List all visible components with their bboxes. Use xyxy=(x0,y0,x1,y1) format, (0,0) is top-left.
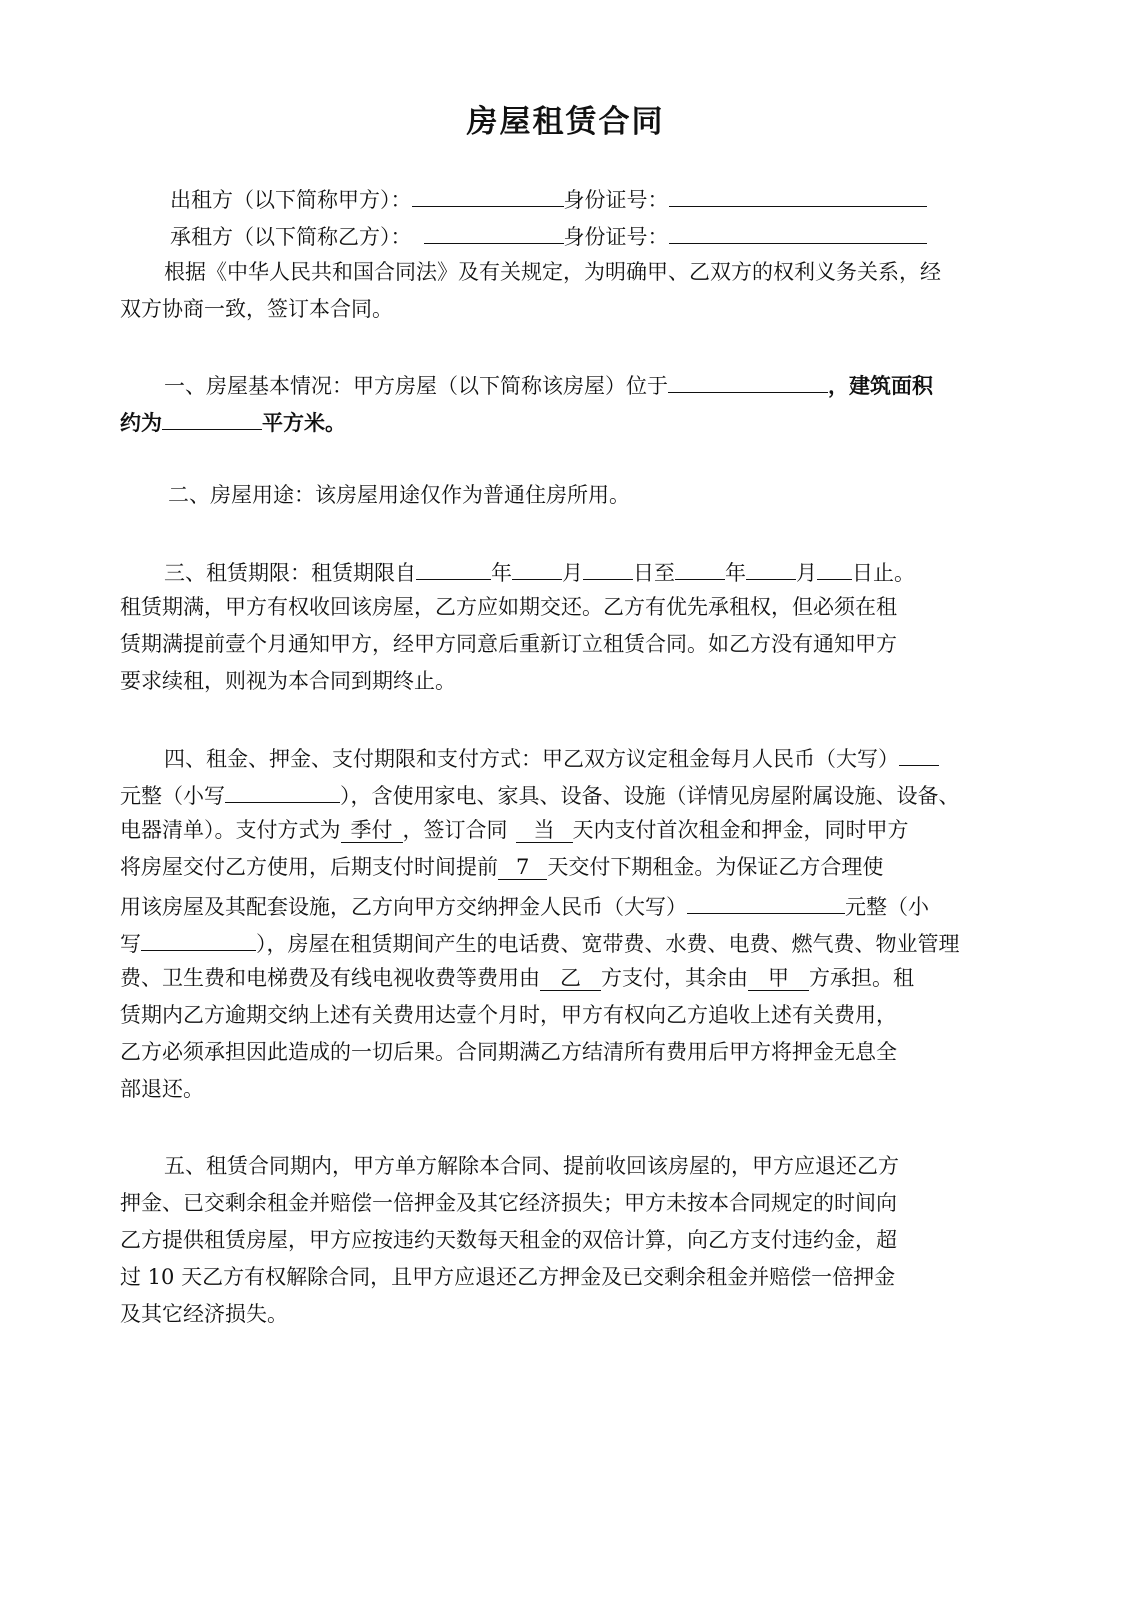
end-year-field[interactable] xyxy=(675,555,725,580)
other-payer-text: 方承担。租 xyxy=(809,966,914,990)
end-month-field[interactable] xyxy=(746,555,796,580)
deposit-numeric-label: 写 xyxy=(120,932,141,956)
first-payment-days-field[interactable]: 当 xyxy=(516,818,573,843)
lessee-id-field[interactable] xyxy=(669,219,927,244)
floor-area-label: ，建筑面积 xyxy=(828,373,933,398)
advance-days-field[interactable]: 7 xyxy=(498,855,547,880)
clause-5-line-2: 押金、已交剩余租金并赔偿一倍押金及其它经济损失；甲方未按本合同规定的时间向 xyxy=(120,1188,897,1218)
deposit-numeric-field[interactable] xyxy=(141,926,256,951)
about-label: 约为 xyxy=(120,410,162,435)
clause-3-line-2: 租赁期满，甲方有权收回该房屋，乙方应如期交还。乙方有优先承租权，但必须在租 xyxy=(120,592,897,622)
clause-1-line-2: 约为平方米。 xyxy=(120,405,346,435)
first-payment-text: 天内支付首次租金和押金，同时甲方 xyxy=(573,818,909,842)
clause-4-line-1: 四、租金、押金、支付期限和支付方式：甲乙双方议定租金每月人民币（大写） xyxy=(164,741,939,771)
clause-3-line-3: 赁期满提前壹个月通知甲方，经甲方同意后重新订立租赁合同。如乙方没有通知甲方 xyxy=(120,629,897,659)
day-to-label: 日至 xyxy=(633,561,675,585)
advance-label: 将房屋交付乙方使用，后期支付时间提前 xyxy=(120,855,498,879)
fees-text: ），房屋在租赁期间产生的电话费、宽带费、水费、电费、燃气费、物业管理 xyxy=(256,932,960,956)
other-payer-label: 方支付，其余由 xyxy=(601,966,748,990)
clause-4-line-7: 费、卫生费和电梯费及有线电视收费等费用由乙方支付，其余由甲方承担。租 xyxy=(120,963,914,993)
lessor-id-field[interactable] xyxy=(669,182,927,207)
floor-area-field[interactable] xyxy=(162,405,262,430)
end-day-field[interactable] xyxy=(817,555,852,580)
clause-4-line-9: 乙方必须承担因此造成的一切后果。合同期满乙方结清所有费用后甲方将押金无息全 xyxy=(120,1037,897,1067)
clause-5-line-4: 过 10 天乙方有权解除合同，且甲方应退还乙方押金及已交剩余租金并赔偿一倍押金 xyxy=(120,1262,895,1292)
square-meters-label: 平方米。 xyxy=(262,410,346,435)
rent-label: 四、租金、押金、支付期限和支付方式：甲乙双方议定租金每月人民币（大写） xyxy=(164,747,899,771)
clause-5-line-5: 及其它经济损失。 xyxy=(120,1299,288,1329)
rent-numeric-label: 元整（小写 xyxy=(120,784,225,808)
clause-4-line-4: 将房屋交付乙方使用，后期支付时间提前7天交付下期租金。为保证乙方合理使 xyxy=(120,852,883,882)
clause-5-line-1: 五、租赁合同期内，甲方单方解除本合同、提前收回该房屋的，甲方应退还乙方 xyxy=(164,1151,899,1181)
year-label: 年 xyxy=(725,561,746,585)
day-end-label: 日止。 xyxy=(852,561,915,585)
start-year-field[interactable] xyxy=(416,555,491,580)
property-address-field[interactable] xyxy=(668,368,828,393)
clause-4-line-5: 用该房屋及其配套设施，乙方向甲方交纳押金人民币（大写）元整（小 xyxy=(120,889,929,919)
payment-method-label: 电器清单）。支付方式为 xyxy=(120,818,341,842)
deposit-words-field[interactable] xyxy=(687,889,845,914)
clause-4-line-3: 电器清单）。支付方式为季付，签订合同当天内支付首次租金和押金，同时甲方 xyxy=(120,815,909,845)
start-day-field[interactable] xyxy=(583,555,633,580)
clause-3-line-1: 三、租赁期限：租赁期限自年月日至年月日止。 xyxy=(164,555,915,585)
clause-3-line-4: 要求续租，则视为本合同到期终止。 xyxy=(120,666,456,696)
monthly-rent-numeric-field[interactable] xyxy=(225,778,340,803)
lessee-row: 承租方（以下简称乙方）：身份证号： xyxy=(170,219,927,249)
clause-2: 二、房屋用途：该房屋用途仅作为普通住房所用。 xyxy=(168,480,630,510)
other-payer-field[interactable]: 甲 xyxy=(748,966,809,991)
preamble-line-1: 根据《中华人民共和国合同法》及有关规定，为明确甲、乙双方的权利义务关系，经 xyxy=(164,257,941,287)
preamble-line-2: 双方协商一致，签订本合同。 xyxy=(120,294,393,324)
start-month-field[interactable] xyxy=(512,555,562,580)
month-label: 月 xyxy=(796,561,817,585)
clause-1-text: 一、房屋基本情况：甲方房屋（以下简称该房屋）位于 xyxy=(164,374,668,398)
clause-4-line-10: 部退还。 xyxy=(120,1074,204,1104)
fees-payer-field[interactable]: 乙 xyxy=(540,966,601,991)
page-title: 房屋租赁合同 xyxy=(0,96,1131,141)
lessee-id-label: 身份证号： xyxy=(564,225,669,249)
lessor-name-field[interactable] xyxy=(412,182,564,207)
clause-4-line-6: 写），房屋在租赁期间产生的电话费、宽带费、水费、电费、燃气费、物业管理 xyxy=(120,926,960,956)
first-payment-label: ，签订合同 xyxy=(403,818,508,842)
lessor-id-label: 身份证号： xyxy=(564,188,669,212)
deposit-label: 用该房屋及其配套设施，乙方向甲方交纳押金人民币（大写） xyxy=(120,895,687,919)
lessee-label: 承租方（以下简称乙方）： xyxy=(170,225,412,249)
advance-text: 天交付下期租金。为保证乙方合理使 xyxy=(547,855,883,879)
clause-1-line-1: 一、房屋基本情况：甲方房屋（以下简称该房屋）位于，建筑面积 xyxy=(164,368,933,398)
clause-4-line-8: 赁期内乙方逾期交纳上述有关费用达壹个月时，甲方有权向乙方追收上述有关费用， xyxy=(120,1000,897,1030)
monthly-rent-words-field[interactable] xyxy=(899,741,939,766)
lessee-name-field[interactable] xyxy=(424,219,564,244)
clause-5-line-3: 乙方提供租赁房屋，甲方应按违约天数每天租金的双倍计算，向乙方支付违约金，超 xyxy=(120,1225,897,1255)
month-label: 月 xyxy=(562,561,583,585)
clause-4-line-2: 元整（小写），含使用家电、家具、设备、设施（详情见房屋附属设施、设备、 xyxy=(120,778,960,808)
facilities-text: ），含使用家电、家具、设备、设施（详情见房屋附属设施、设备、 xyxy=(340,784,960,808)
term-label: 三、租赁期限：租赁期限自 xyxy=(164,561,416,585)
payment-method-field[interactable]: 季付 xyxy=(341,818,403,843)
deposit-unit-label: 元整（小 xyxy=(845,895,929,919)
lessor-row: 出租方（以下简称甲方）：身份证号： xyxy=(170,182,927,212)
lessor-label: 出租方（以下简称甲方）： xyxy=(170,188,412,212)
fees-payer-label: 费、卫生费和电梯费及有线电视收费等费用由 xyxy=(120,966,540,990)
year-label: 年 xyxy=(491,561,512,585)
